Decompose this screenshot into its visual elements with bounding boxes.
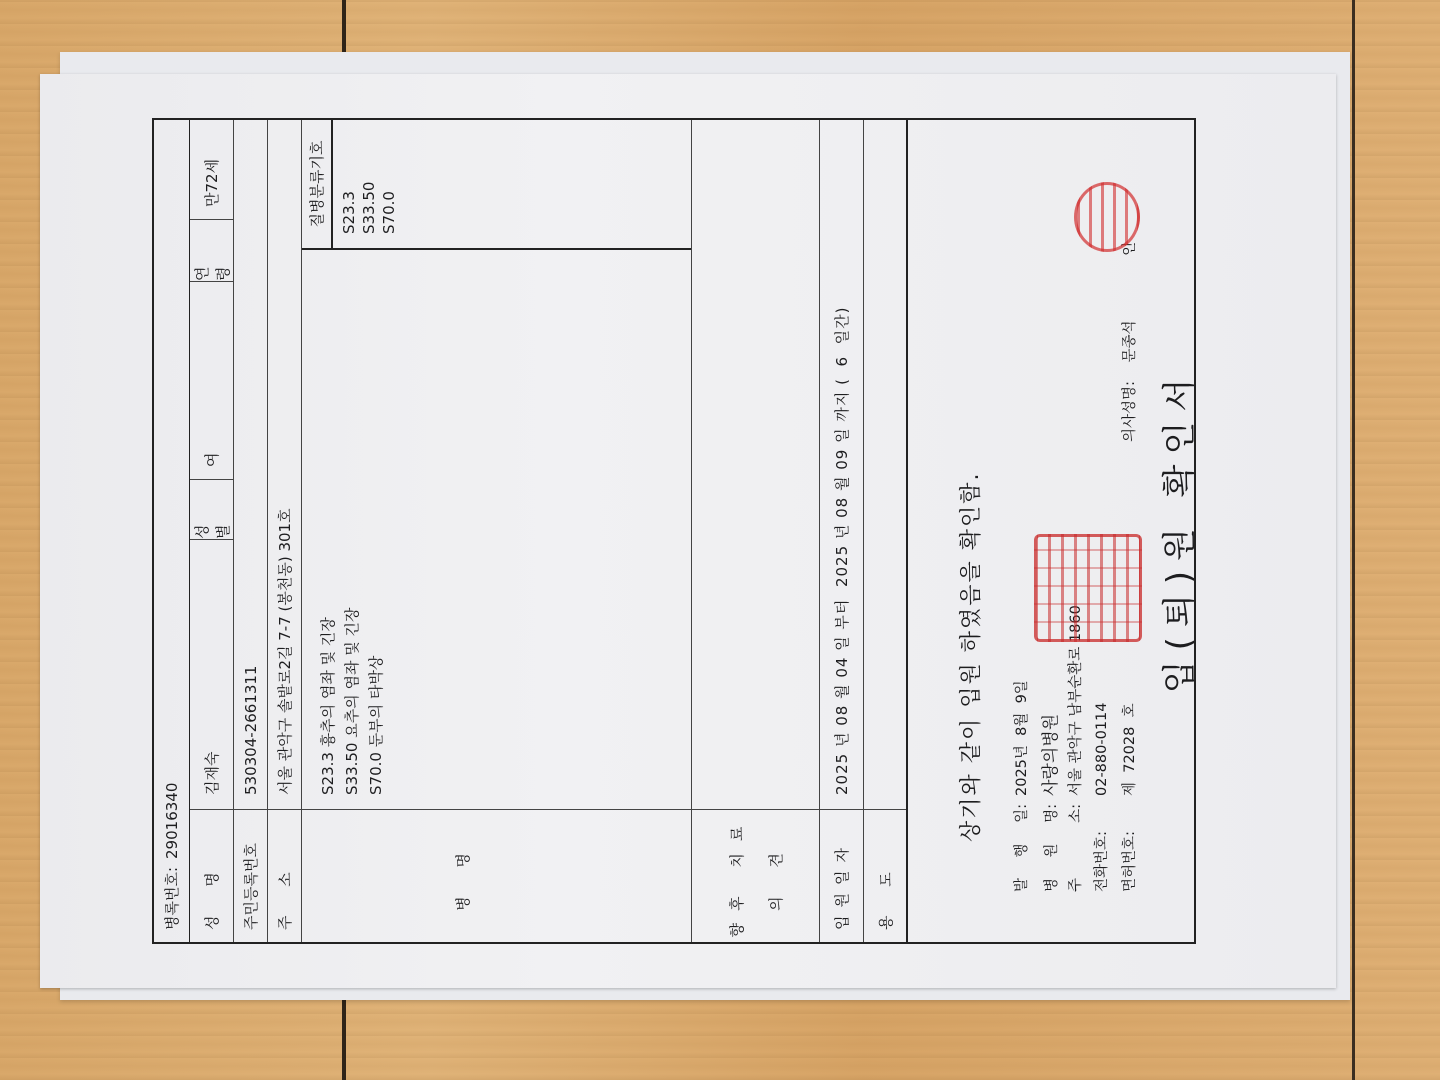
diagnosis-list: S23.3 흉추의 염좌 및 긴장 S33.50 요추의 염좌 및 긴장 S70… [302,250,691,810]
diagnosis-item: S33.50 요추의 염좌 및 긴장 [340,608,364,795]
issue-date-label: 발 행 일: [1010,804,1031,892]
treatment-opinion-label: 향후 치료 [726,815,747,938]
diagnosis-label: 병 명 [302,810,691,942]
hospital-address-label: 주 소: [1064,804,1085,892]
confirmation-statement: 상기와 같이 입원 하였음을 확인함. [954,472,985,843]
purpose-value [864,120,906,810]
sex-label: 성 별 [190,480,233,540]
chart-number-label: 병록번호: [161,867,182,930]
diagnosis-item: S70.0 둔부의 타박상 [364,656,388,795]
name-row: 성 명 김재숙 성 별 여 연 령 만72세 [190,120,234,942]
rrn-label: 주민등록번호 [234,810,267,942]
issue-date: 발 행 일:2025년 8월 9일 [1010,680,1031,892]
document-sheet: 입(퇴)원 확인서 병록번호: 29016340 성 명 김재숙 성 별 여 연… [40,74,1336,988]
admission-period: 2025 년 08 월 04 일 부터 2025 년 08 월 09 일 까지 … [820,120,863,810]
address-label: 주 소 [268,810,301,942]
hospital-name-label: 병 원 명: [1040,804,1061,892]
age-label: 연 령 [190,220,233,282]
patient-name: 김재숙 [190,540,233,810]
hospital-phone: 전화번호:02-880-0114 [1090,703,1111,893]
info-table: 병록번호: 29016340 성 명 김재숙 성 별 여 연 령 만72세 주민… [152,118,1196,944]
chart-number-row: 병록번호: 29016340 [154,120,190,942]
diagnosis-code: S70.0 [379,120,399,248]
patient-rrn: 530304-2661311 [234,120,267,810]
patient-sex: 여 [190,282,233,480]
admission-certificate-page: 입(퇴)원 확인서 병록번호: 29016340 성 명 김재숙 성 별 여 연… [40,74,1336,988]
license-label: 면허번호: [1118,804,1139,892]
treatment-opinion-row: 향후 치료 의 견 [692,120,820,942]
patient-age: 만72세 [190,120,233,220]
name-label: 성 명 [190,810,233,942]
desk-seam [1352,0,1355,1080]
rrn-row: 주민등록번호 530304-2661311 [234,120,268,942]
doctor-seal-stamp [1074,182,1140,252]
doctor-name: 의사성명: 문종석 인 [1118,242,1139,442]
code-header: 질병분류기호 [302,120,333,248]
purpose-row: 용 도 [864,120,908,942]
diagnosis-item: S23.3 흉추의 염좌 및 긴장 [316,617,340,795]
diagnosis-row: 병 명 S23.3 흉추의 염좌 및 긴장 S33.50 요추의 염좌 및 긴장… [302,120,692,942]
diagnosis-code: S33.50 [359,120,379,248]
chart-number-value: 29016340 [163,783,181,859]
license-number: 면허번호:제 72028 호 [1118,703,1139,892]
address-row: 주 소 서울 관악구 솔밭로2길 7-7 (봉천동) 301호 [268,120,302,942]
hospital-seal-stamp [1034,534,1142,642]
diagnosis-code-column: 질병분류기호 S23.3 S33.50 S70.0 [302,120,691,250]
patient-address: 서울 관악구 솔밭로2길 7-7 (봉천동) 301호 [268,120,301,810]
phone-label: 전화번호: [1090,804,1111,892]
admission-label: 입원일자 [820,810,863,942]
doctor-label: 의사성명: [1122,381,1138,442]
admission-period-row: 입원일자 2025 년 08 월 04 일 부터 2025 년 08 월 09 … [820,120,864,942]
diagnosis-code: S23.3 [333,120,359,248]
purpose-label: 용 도 [864,810,906,942]
treatment-opinion-label-2: 의 견 [765,841,786,911]
hospital-name: 병 원 명:사랑의병원 [1036,714,1061,892]
hospital-address: 주 소:서울 관악구 남부순환로 1860 [1064,605,1085,892]
treatment-opinion-value [692,120,819,810]
